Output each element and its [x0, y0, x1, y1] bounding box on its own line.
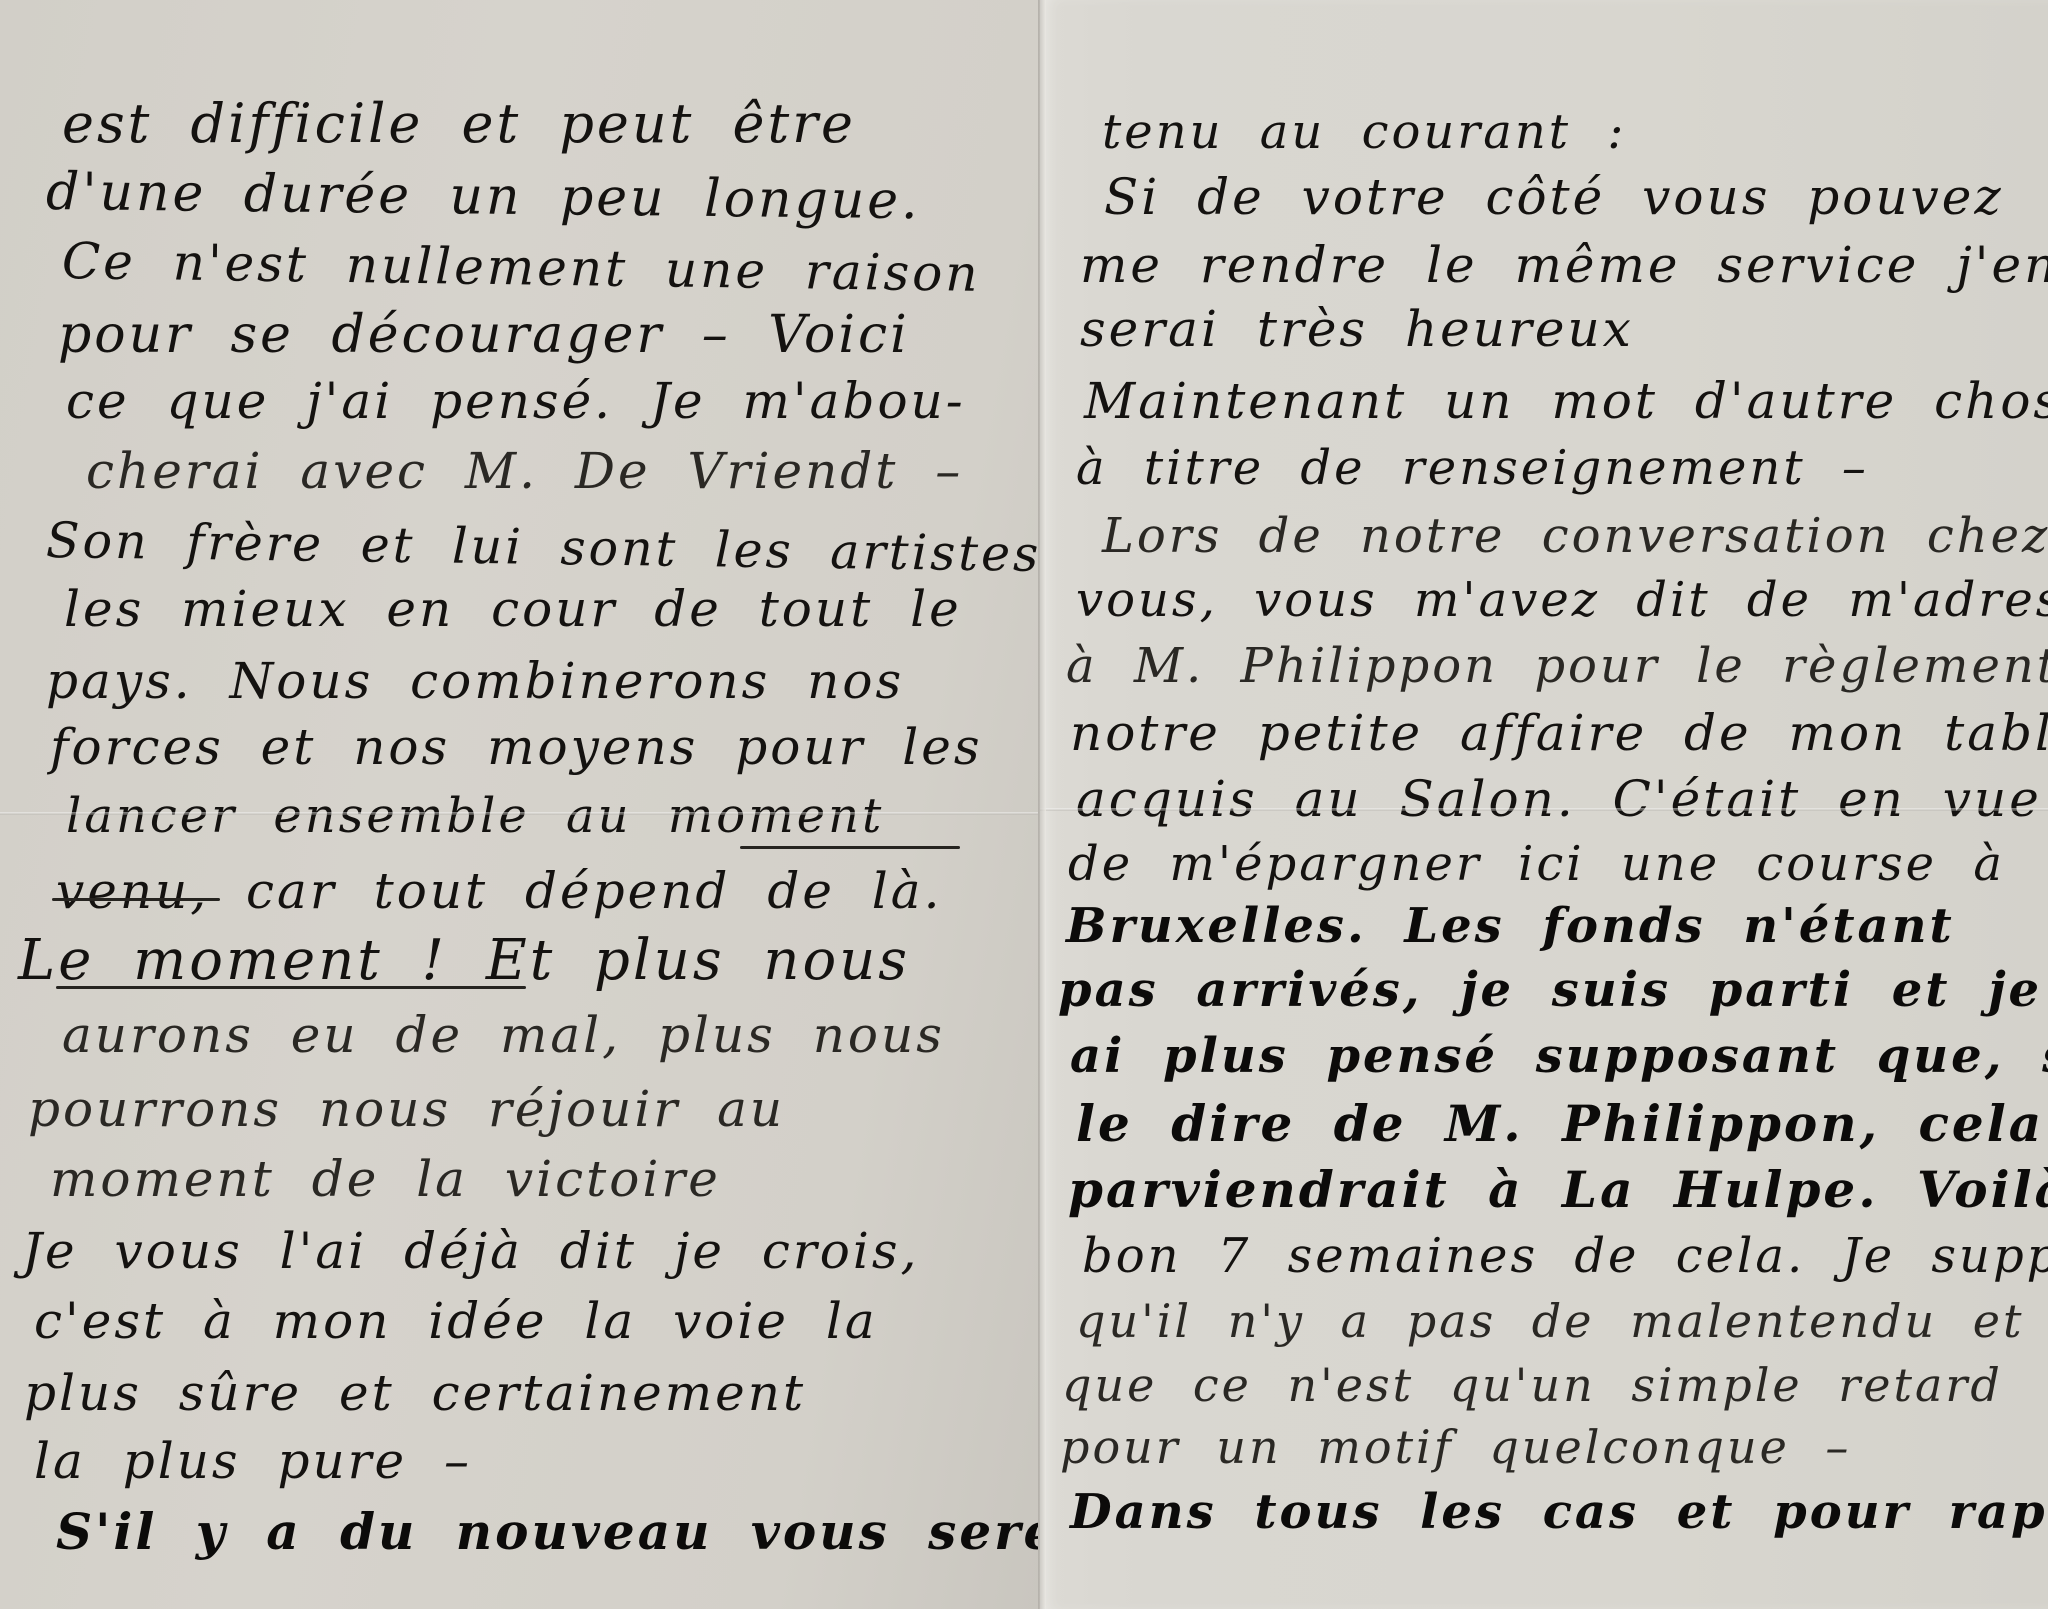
handwritten-line: pour un motif quelconque – — [1060, 1420, 1851, 1474]
paper-fold — [1040, 808, 2048, 811]
handwritten-line: pour se décourager – Voici — [58, 305, 910, 365]
handwritten-line: pas arrivés, je suis parti et je n' — [1058, 962, 2048, 1018]
paper-fold — [0, 812, 1038, 815]
handwritten-line: c'est à mon idée la voie la — [34, 1292, 878, 1350]
handwritten-line: Lors de notre conversation chez — [1102, 508, 2048, 564]
handwritten-line: Maintenant un mot d'autre chose — [1084, 372, 2048, 430]
handwritten-line: notre petite affaire de mon tableau — [1070, 704, 2048, 762]
handwritten-line: pays. Nous combinerons nos — [46, 652, 904, 710]
handwritten-line: Je vous l'ai déjà dit je crois, — [22, 1222, 919, 1280]
handwritten-line: est difficile et peut être — [62, 92, 856, 155]
right-page: tenu au courant : Si de votre côté vous … — [1040, 0, 2048, 1609]
handwritten-line: à titre de renseignement – — [1076, 440, 1869, 496]
handwritten-line: moment de la victoire — [50, 1150, 721, 1208]
handwritten-line: Le moment ! Et plus nous — [18, 928, 910, 993]
handwritten-line: forces et nos moyens pour les — [50, 718, 983, 776]
handwritten-line: le dire de M. Philippon, cela me — [1076, 1094, 2048, 1153]
handwritten-line: tenu au courant : — [1102, 104, 1626, 160]
handwritten-line: de m'épargner ici une course à — [1068, 836, 2005, 892]
handwritten-line: Ce n'est nullement une raison — [62, 232, 981, 303]
handwritten-line: S'il y a du nouveau vous serez — [56, 1502, 1040, 1561]
handwritten-line: plus sûre et certainement — [24, 1364, 806, 1422]
handwritten-line: d'une durée un peu longue. — [46, 162, 921, 231]
handwritten-line: Son frère et lui sont les artistes — [46, 512, 1040, 583]
handwritten-line: qu'il n'y a pas de malentendu et — [1076, 1294, 2024, 1348]
handwritten-line: cherai avec M. De Vriendt – — [86, 442, 963, 500]
underline-mark — [52, 898, 220, 901]
letter-spread: est difficile et peut être d'une durée u… — [0, 0, 2048, 1609]
handwritten-line: les mieux en cour de tout le — [64, 580, 962, 638]
handwritten-line: vous, vous m'avez dit de m'adresser — [1076, 572, 2048, 628]
handwritten-line: venu, car tout dépend de là. — [56, 862, 943, 920]
handwritten-line: ai plus pensé supposant que, selon — [1070, 1028, 2048, 1084]
handwritten-line: pourrons nous réjouir au — [28, 1080, 785, 1138]
handwritten-line: Bruxelles. Les fonds n'étant — [1066, 898, 1955, 954]
handwritten-line: acquis au Salon. C'était en vue — [1076, 770, 2042, 828]
handwritten-line: me rendre le même service j'en — [1080, 236, 2048, 294]
underline-mark — [56, 986, 526, 989]
handwritten-line: serai très heureux — [1080, 300, 1634, 358]
handwritten-line: aurons eu de mal, plus nous — [62, 1006, 945, 1064]
overline-mark — [740, 846, 960, 849]
handwritten-line: ce que j'ai pensé. Je m'abou- — [66, 372, 966, 430]
handwritten-line: lancer ensemble au moment — [66, 788, 884, 844]
handwritten-line: Si de votre côté vous pouvez — [1104, 168, 2004, 226]
handwritten-line: à M. Philippon pour le règlement de — [1066, 638, 2048, 694]
left-page: est difficile et peut être d'une durée u… — [0, 0, 1040, 1609]
handwritten-line: Dans tous les cas et pour rappel — [1070, 1484, 2048, 1540]
handwritten-line: la plus pure – — [34, 1432, 472, 1490]
handwritten-line: que ce n'est qu'un simple retard — [1062, 1358, 2003, 1412]
handwritten-line: parviendrait à La Hulpe. Voilà — [1068, 1160, 2048, 1219]
handwritten-line: bon 7 semaines de cela. Je suppose — [1082, 1228, 2048, 1284]
